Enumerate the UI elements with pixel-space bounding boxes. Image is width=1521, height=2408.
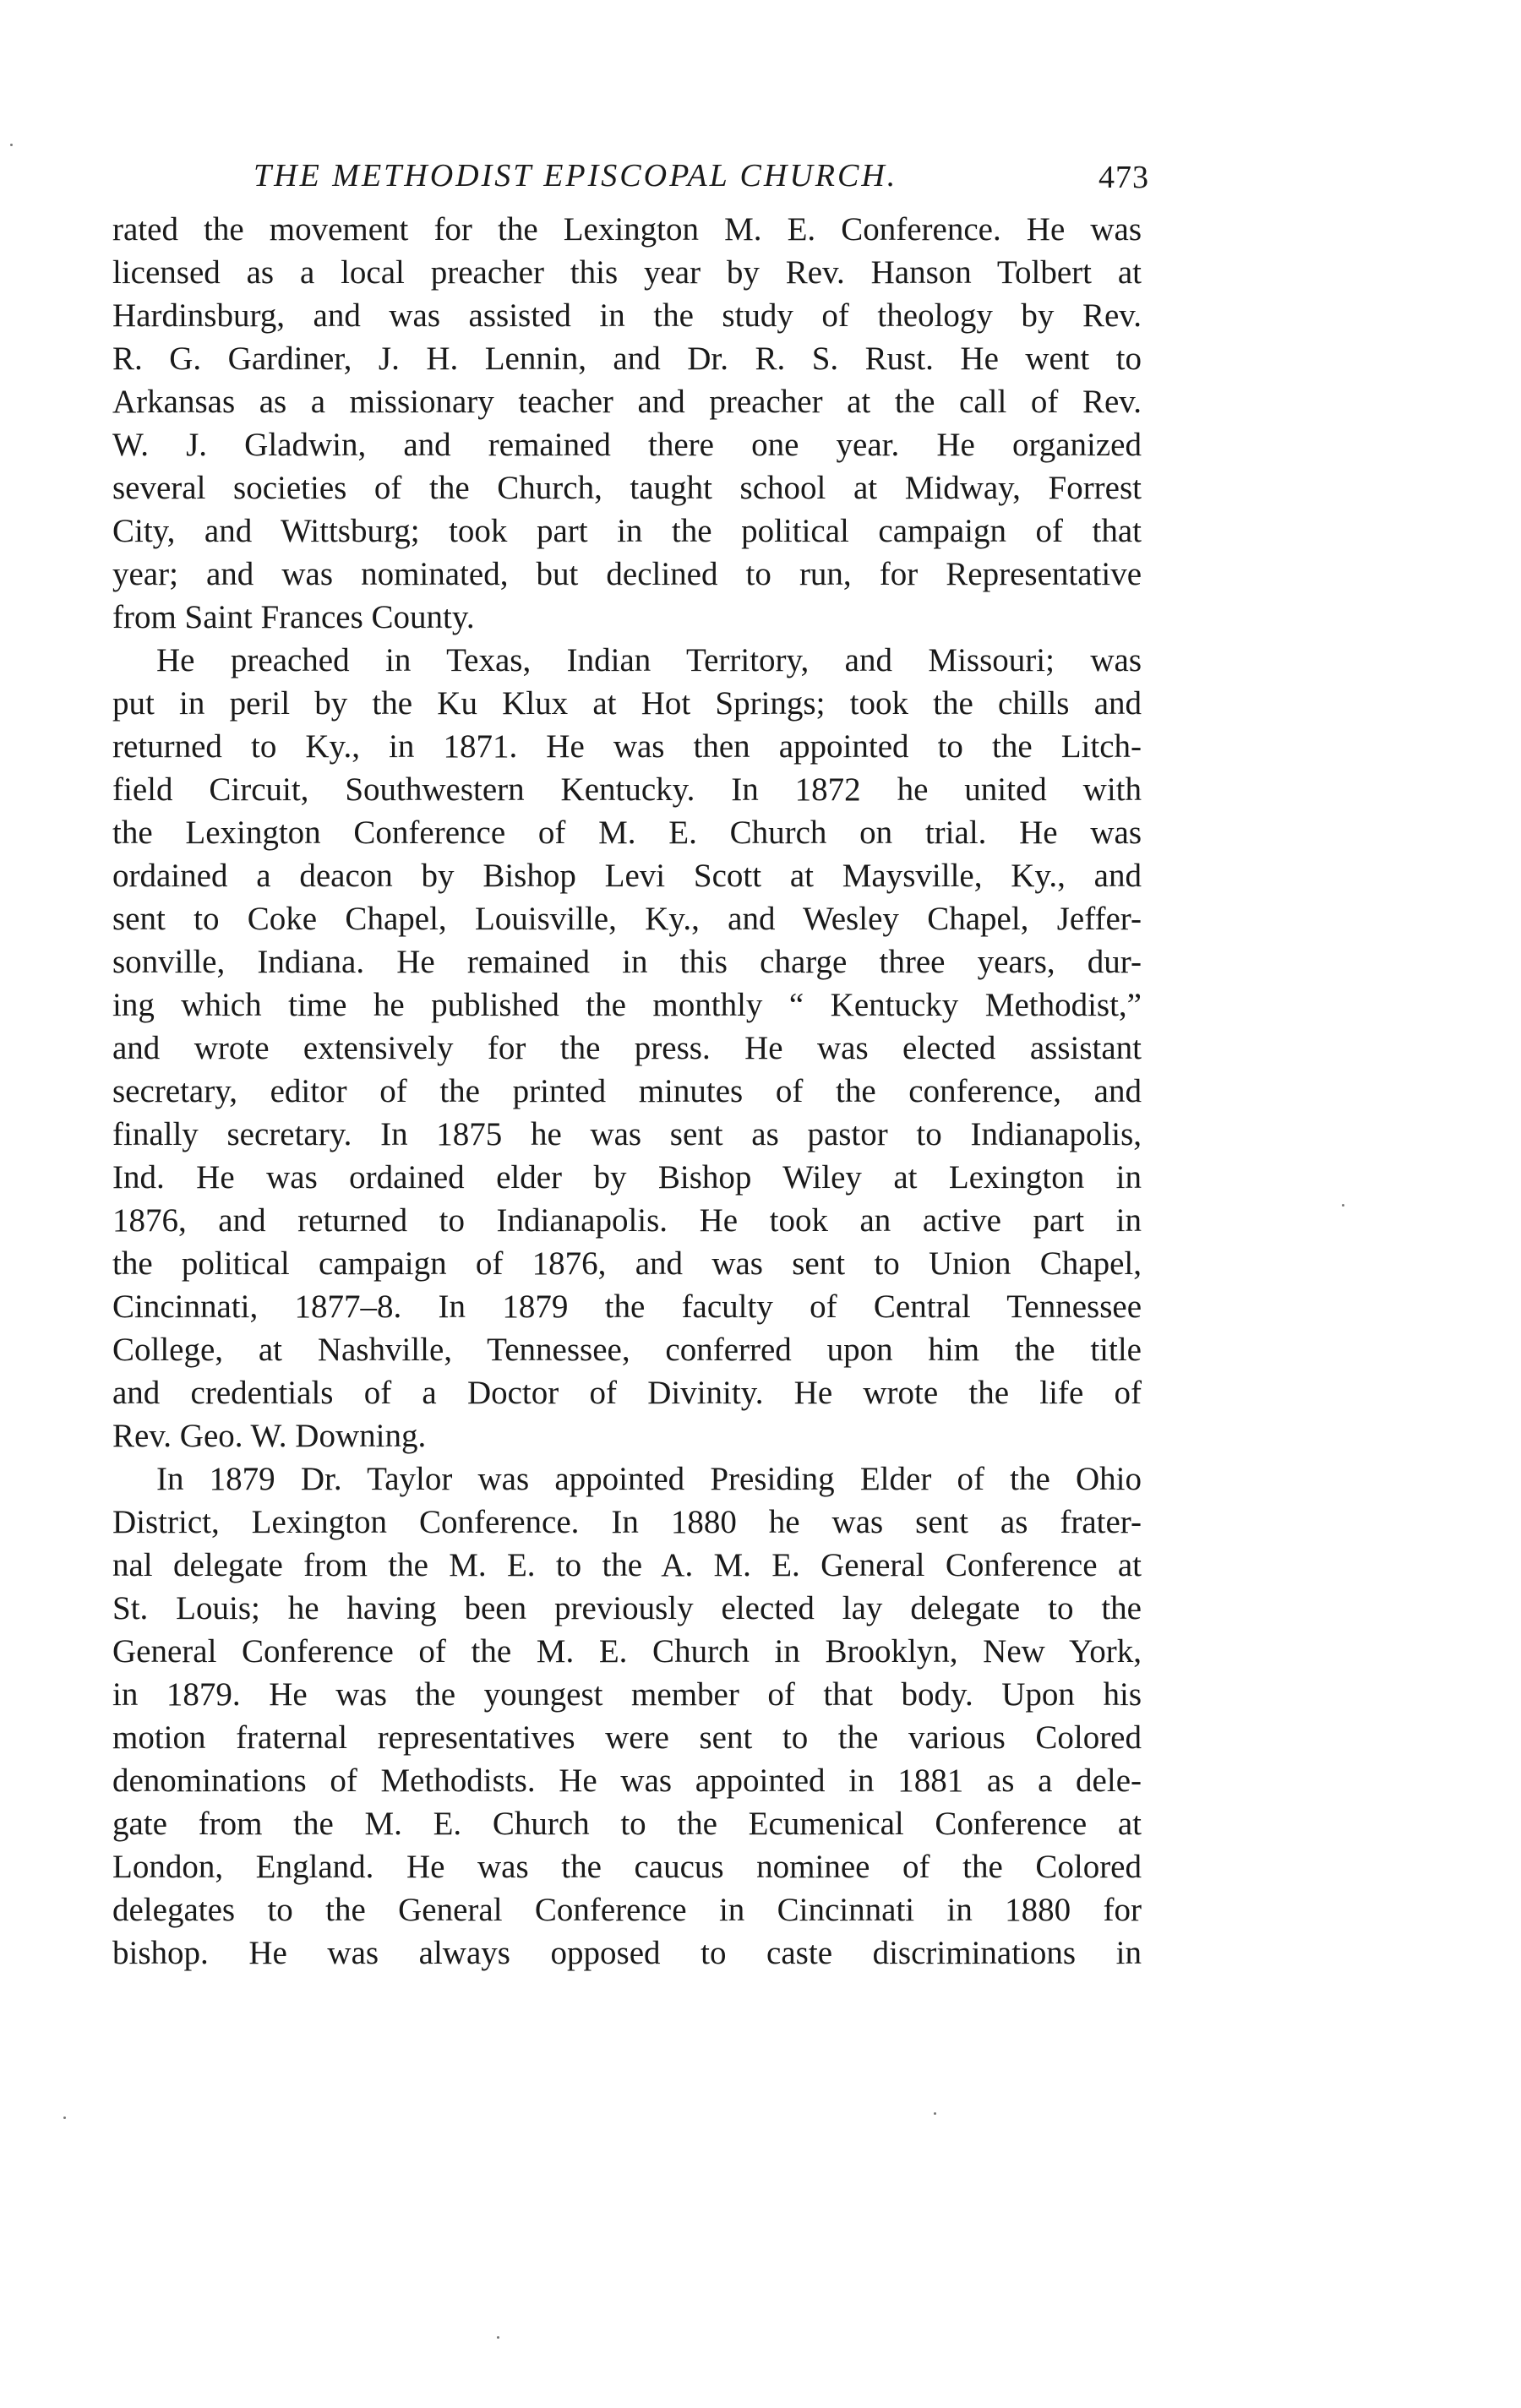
text-line: sonville, Indiana. He remained in this c…	[112, 940, 1142, 983]
text-line: Hardinsburg, and was assisted in the stu…	[112, 294, 1142, 337]
scan-speck	[63, 2117, 66, 2119]
text-line: W. J. Gladwin, and remained there one ye…	[112, 423, 1142, 466]
text-line: General Conference of the M. E. Church i…	[112, 1630, 1142, 1673]
text-line: St. Louis; he having been previously ele…	[112, 1587, 1142, 1630]
text-line: put in peril by the Ku Klux at Hot Sprin…	[112, 682, 1142, 725]
paragraph-2: He preached in Texas, Indian Territory, …	[112, 639, 1142, 1457]
text-line: rated the movement for the Lexington M. …	[112, 208, 1142, 251]
text-line: London, England. He was the caucus nomin…	[112, 1845, 1142, 1888]
text-line: ing which time he published the monthly …	[112, 983, 1142, 1027]
text-line: and credentials of a Doctor of Divinity.…	[112, 1371, 1142, 1414]
text-line: ordained a deacon by Bishop Levi Scott a…	[112, 854, 1142, 897]
running-head: THE METHODIST EPISCOPAL CHURCH. 473	[253, 157, 1149, 201]
text-line: the political campaign of 1876, and was …	[112, 1242, 1142, 1285]
scan-speck	[934, 2112, 936, 2115]
text-line: denominations of Methodists. He was appo…	[112, 1759, 1142, 1802]
running-title: THE METHODIST EPISCOPAL CHURCH.	[253, 157, 897, 194]
text-line: year; and was nominated, but declined to…	[112, 553, 1142, 596]
text-line: 1876, and returned to Indianapolis. He t…	[112, 1199, 1142, 1242]
text-line: R. G. Gardiner, J. H. Lennin, and Dr. R.…	[112, 337, 1142, 380]
text-line: licensed as a local preacher this year b…	[112, 251, 1142, 294]
text-line: District, Lexington Conference. In 1880 …	[112, 1501, 1142, 1544]
text-line: the Lexington Conference of M. E. Church…	[112, 811, 1142, 854]
text-line: Rev. Geo. W. Downing.	[112, 1414, 1142, 1457]
text-line: from Saint Frances County.	[112, 596, 1142, 639]
text-line: finally secretary. In 1875 he was sent a…	[112, 1113, 1142, 1156]
scan-speck	[1342, 1204, 1344, 1207]
text-line: Ind. He was ordained elder by Bishop Wil…	[112, 1156, 1142, 1199]
text-line: City, and Wittsburg; took part in the po…	[112, 509, 1142, 553]
text-line: Cincinnati, 1877–8. In 1879 the faculty …	[112, 1285, 1142, 1328]
paragraph-1: rated the movement for the Lexington M. …	[112, 208, 1142, 639]
text-line: He preached in Texas, Indian Territory, …	[112, 639, 1142, 682]
scan-speck	[497, 2336, 499, 2339]
text-line: Arkansas as a missionary teacher and pre…	[112, 380, 1142, 423]
text-line: In 1879 Dr. Taylor was appointed Presidi…	[112, 1457, 1142, 1501]
text-line: sent to Coke Chapel, Louisville, Ky., an…	[112, 897, 1142, 940]
paragraph-3: In 1879 Dr. Taylor was appointed Presidi…	[112, 1457, 1142, 1975]
text-line: in 1879. He was the youngest member of t…	[112, 1673, 1142, 1716]
text-line: delegates to the General Conference in C…	[112, 1888, 1142, 1931]
text-line: College, at Nashville, Tennessee, confer…	[112, 1328, 1142, 1371]
text-line: gate from the M. E. Church to the Ecumen…	[112, 1802, 1142, 1845]
text-line: and wrote extensively for the press. He …	[112, 1027, 1142, 1070]
body-text: rated the movement for the Lexington M. …	[112, 208, 1142, 1975]
text-line: returned to Ky., in 1871. He was then ap…	[112, 725, 1142, 768]
text-line: field Circuit, Southwestern Kentucky. In…	[112, 768, 1142, 811]
text-line: secretary, editor of the printed minutes…	[112, 1070, 1142, 1113]
text-line: several societies of the Church, taught …	[112, 466, 1142, 509]
page-number: 473	[1098, 159, 1149, 196]
scan-speck	[10, 144, 13, 146]
text-line: nal delegate from the M. E. to the A. M.…	[112, 1544, 1142, 1587]
text-line: motion fraternal representatives were se…	[112, 1716, 1142, 1759]
text-line: bishop. He was always opposed to caste d…	[112, 1931, 1142, 1975]
